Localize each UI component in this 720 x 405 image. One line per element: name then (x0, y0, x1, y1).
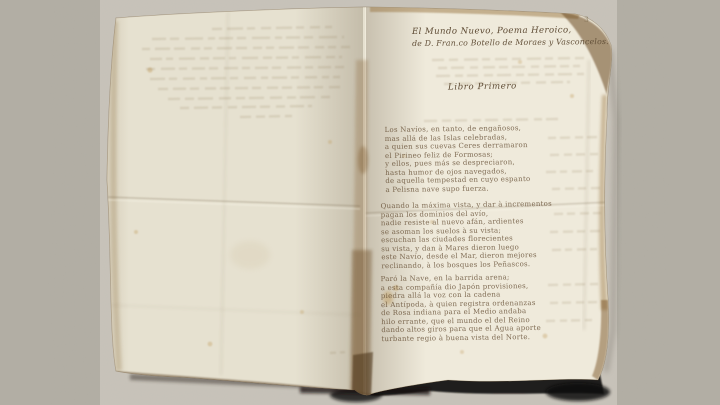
title-line-1: El Mundo Nuevo, Poema Heroico, (412, 25, 609, 37)
stanza-2: Quando la máxima vista, y dar à incremen… (381, 200, 553, 270)
manuscript-title: El Mundo Nuevo, Poema Heroico, de D. Fra… (412, 25, 609, 48)
page-number: 3 (584, 15, 589, 24)
stanza-3: Paró la Nave, en la barrida arena; a est… (381, 273, 542, 343)
stanza-1: Los Navíos, en tanto, de engañosos, mas … (385, 124, 531, 194)
manuscript-artwork (0, 0, 720, 405)
heading-libro-primero: Libro Primero (448, 81, 517, 92)
manuscript-photo: 3 El Mundo Nuevo, Poema Heroico, de D. F… (0, 0, 720, 405)
